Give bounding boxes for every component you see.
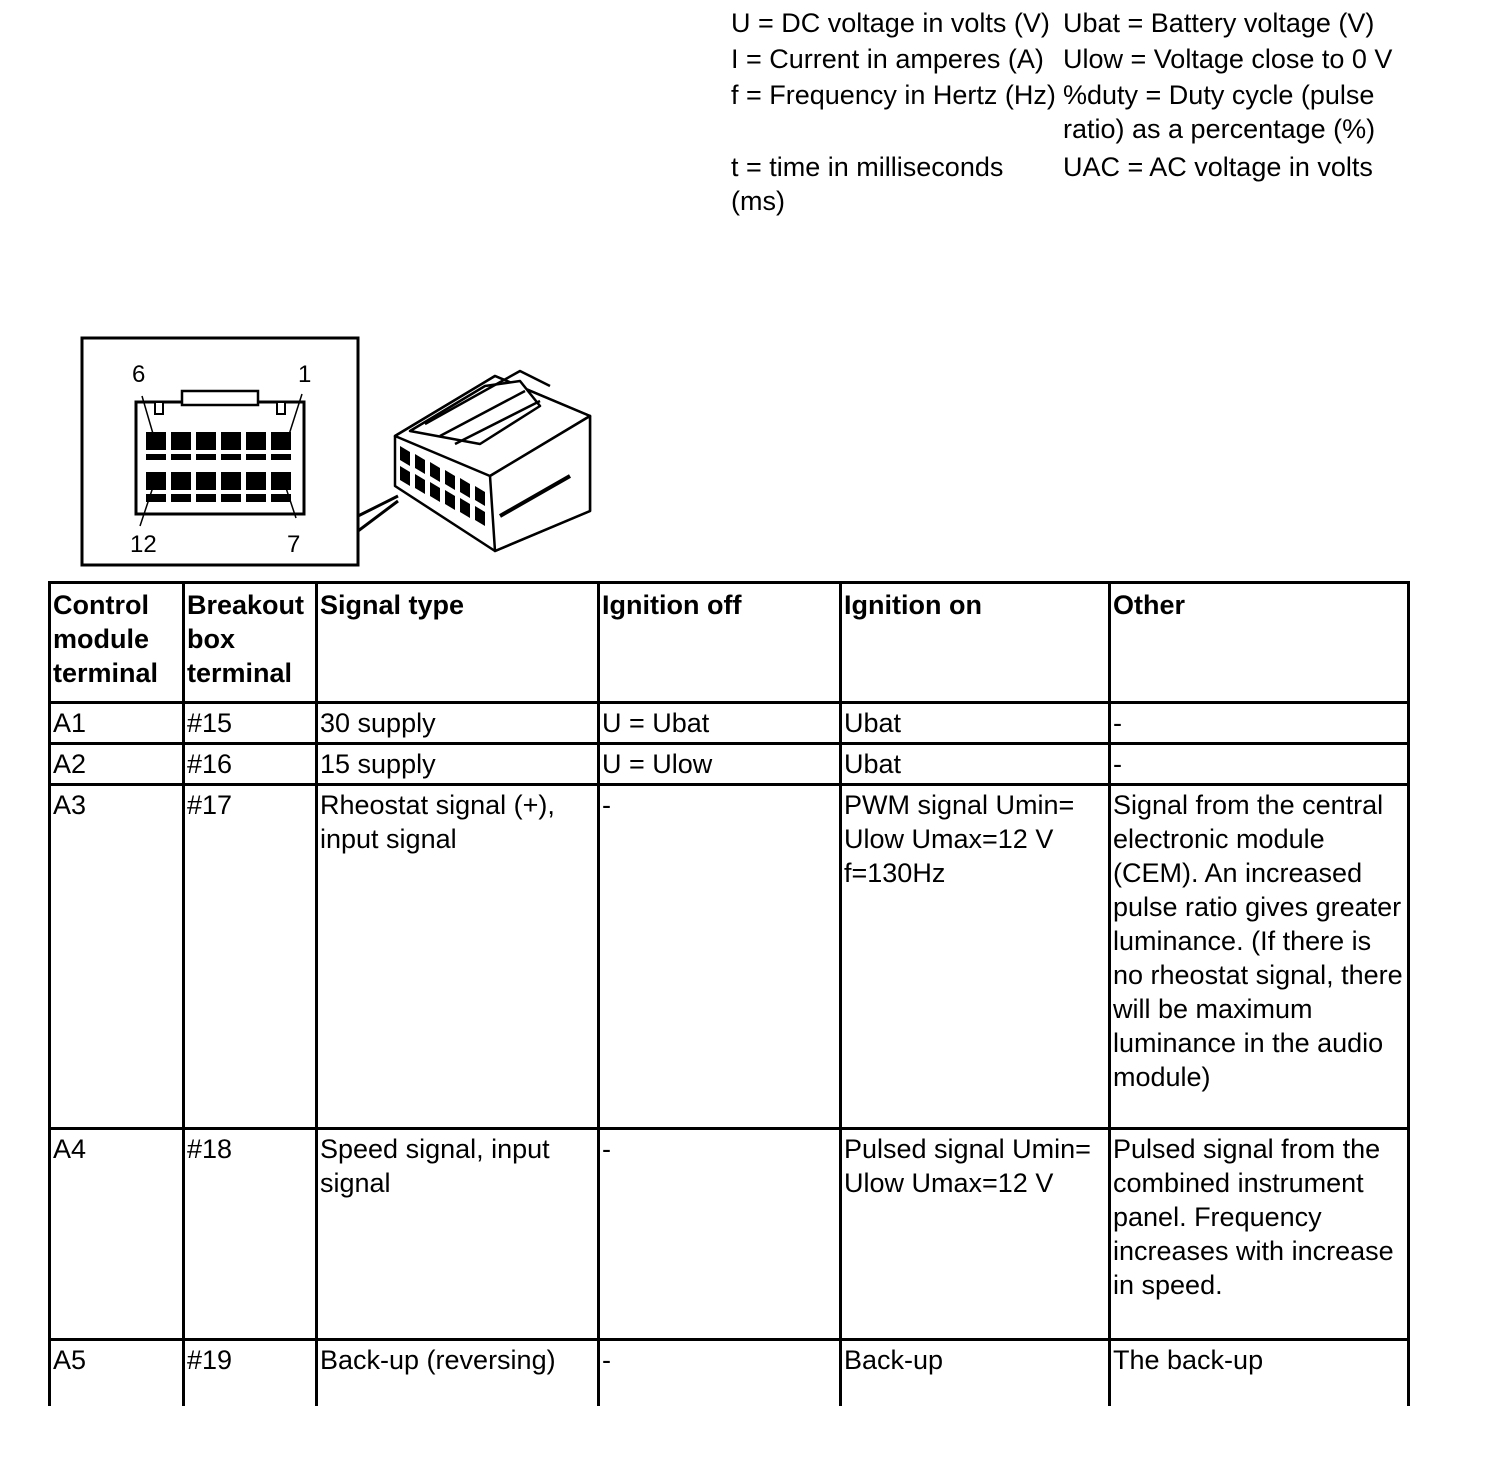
header-control-module-terminal: Control module terminal — [50, 583, 184, 703]
legend-ulow: Ulow = Voltage close to 0 V — [1063, 42, 1403, 76]
connector-illustration: 6 1 12 7 — [80, 336, 600, 571]
cell-control-terminal: A4 — [50, 1129, 184, 1340]
cell-other: The back-up — [1110, 1340, 1409, 1412]
pin-label-12: 12 — [130, 531, 157, 558]
pin-label-1: 1 — [298, 361, 311, 388]
legend-ubat: Ubat = Battery voltage (V) — [1063, 6, 1403, 40]
connector-figure: 6 1 12 7 — [80, 336, 600, 571]
cell-other: - — [1110, 744, 1409, 785]
cell-ignition-off: - — [599, 1340, 841, 1412]
cell-control-terminal: A3 — [50, 785, 184, 1129]
cell-signal-type: 15 supply — [317, 744, 599, 785]
cell-breakout-terminal: #19 — [184, 1340, 317, 1412]
legend-voltage: U = DC voltage in volts (V) — [731, 6, 1063, 40]
cell-ignition-off: U = Ulow — [599, 744, 841, 785]
cell-signal-type: Rheostat signal (+), input signal — [317, 785, 599, 1129]
cell-breakout-terminal: #16 — [184, 744, 317, 785]
cell-ignition-on: Back-up — [841, 1340, 1110, 1412]
cell-other: Signal from the central electronic modul… — [1110, 785, 1409, 1129]
page-cutoff — [0, 1406, 1504, 1480]
table-row: A2 #16 15 supply U = Ulow Ubat - — [50, 744, 1409, 785]
table-row: A3 #17 Rheostat signal (+), input signal… — [50, 785, 1409, 1129]
pin-table: Control module terminal Breakout box ter… — [48, 581, 1410, 1411]
cell-control-terminal: A2 — [50, 744, 184, 785]
pin-label-7: 7 — [287, 531, 300, 558]
cell-other: Pulsed signal from the combined instrume… — [1110, 1129, 1409, 1340]
abbreviation-legend: U = DC voltage in volts (V) Ubat = Batte… — [731, 6, 1411, 220]
legend-current: I = Current in amperes (A) — [731, 42, 1063, 76]
cell-ignition-off: - — [599, 1129, 841, 1340]
cell-control-terminal: A1 — [50, 703, 184, 744]
legend-row: U = DC voltage in volts (V) Ubat = Batte… — [731, 6, 1411, 40]
cell-signal-type: 30 supply — [317, 703, 599, 744]
cell-ignition-off: - — [599, 785, 841, 1129]
cell-ignition-on: PWM signal Umin= Ulow Umax=12 V f=130Hz — [841, 785, 1110, 1129]
table-row: A5 #19 Back-up (reversing) - Back-up The… — [50, 1340, 1409, 1412]
legend-row: t = time in milliseconds (ms) UAC = AC v… — [731, 150, 1411, 218]
connector-front-view-icon — [136, 391, 304, 526]
header-signal-type: Signal type — [317, 583, 599, 703]
cell-other: - — [1110, 703, 1409, 744]
legend-row: f = Frequency in Hertz (Hz) %duty = Duty… — [731, 78, 1411, 146]
cell-ignition-off: U = Ubat — [599, 703, 841, 744]
legend-row: I = Current in amperes (A) Ulow = Voltag… — [731, 42, 1411, 76]
header-ignition-on: Ignition on — [841, 583, 1110, 703]
legend-duty: %duty = Duty cycle (pulse ratio) as a pe… — [1063, 78, 1403, 146]
table-row: A1 #15 30 supply U = Ubat Ubat - — [50, 703, 1409, 744]
cell-ignition-on: Pulsed signal Umin= Ulow Umax=12 V — [841, 1129, 1110, 1340]
pin-label-6: 6 — [132, 361, 145, 388]
cell-ignition-on: Ubat — [841, 703, 1110, 744]
cell-signal-type: Speed signal, input signal — [317, 1129, 599, 1340]
header-breakout-box-terminal: Breakout box terminal — [184, 583, 317, 703]
legend-uac: UAC = AC voltage in volts — [1063, 150, 1403, 218]
table-header-row: Control module terminal Breakout box ter… — [50, 583, 1409, 703]
legend-frequency: f = Frequency in Hertz (Hz) — [731, 78, 1063, 146]
legend-time: t = time in milliseconds (ms) — [731, 150, 1063, 218]
table-row: A4 #18 Speed signal, input signal - Puls… — [50, 1129, 1409, 1340]
cell-control-terminal: A5 — [50, 1340, 184, 1412]
cell-ignition-on: Ubat — [841, 744, 1110, 785]
cell-breakout-terminal: #15 — [184, 703, 317, 744]
cell-breakout-terminal: #17 — [184, 785, 317, 1129]
header-other: Other — [1110, 583, 1409, 703]
cell-signal-type: Back-up (reversing) — [317, 1340, 599, 1412]
header-ignition-off: Ignition off — [599, 583, 841, 703]
cell-breakout-terminal: #18 — [184, 1129, 317, 1340]
